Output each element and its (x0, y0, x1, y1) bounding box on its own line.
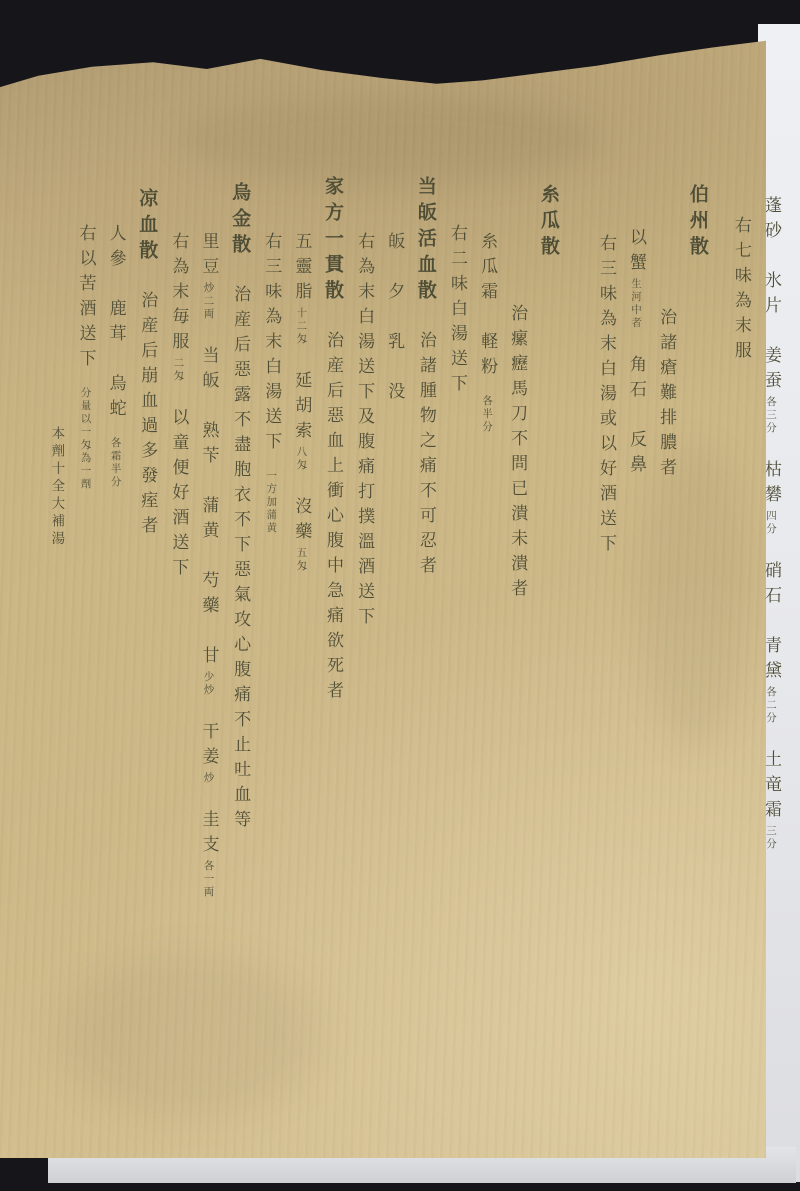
text-segment-small: 十二匁 (295, 307, 307, 346)
text-segment-main: 治産后惡露不盡胞衣不下惡氣攻心腹痛不止吐血等 (230, 260, 250, 835)
text-segment-head: 凉血散 (136, 188, 158, 266)
text-segment-head: 家方一貫散 (322, 176, 344, 306)
text-segment-small: 各三分 (765, 396, 777, 435)
text-segment-head: 伯州散 (687, 184, 709, 262)
text-segment-main: 枯礬 (761, 435, 781, 510)
text-segment-main: 右以苦酒送下 (75, 224, 95, 374)
manuscript-text: 蓬砂 氷片 姜蚕各三分 枯礬四分 硝石 青黛各二分 土竜霜三分右七味為末服伯州散… (34, 26, 800, 1158)
text-segment-main: 治諸瘡難排膿者 (656, 308, 676, 483)
text-segment-head: 糸瓜散 (538, 184, 560, 262)
recipe-hakushu-san-col-3: 以蟹生河中者 角石 反鼻 (625, 176, 647, 1122)
recipe-hakushu-san-col-2: 治諸瘡難排膿者 (655, 176, 677, 1122)
recipe-okin-san-col-3: 右為末毎服二匁 以童便好酒送下 (167, 176, 189, 1122)
text-segment-main: 里豆 (198, 232, 218, 282)
recipe-okin-san: 烏金散 治産后惡露不盡胞衣不下惡氣攻心腹痛不止吐血等里豆炒二両 当皈 熟苄 蒲黄… (167, 176, 252, 1122)
text-segment-main: 土竜霜 (761, 725, 781, 825)
text-segment-main: 右七味為末服 (731, 216, 751, 366)
recipe-ryoketsu-san: 凉血散 治産后崩血過多發痓者人參 鹿茸 烏蛇 各霜半分右以苦酒送下 分量以一匁為… (46, 176, 160, 1122)
recipe-unnamed-powder: 蓬砂 氷片 姜蚕各三分 枯礬四分 硝石 青黛各二分 土竜霜三分右七味為末服 (730, 176, 782, 1122)
recipe-toki-kakketsu-san-col-1: 当皈活血散 治諸腫物之痛不可忍者 (413, 176, 438, 1122)
text-segment-main: 糸瓜霜 軽粉 (477, 232, 497, 382)
recipe-kaho-ikkan-san-col-1: 家方一貫散 治産后惡血上衝心腹中急痛欲死者 (320, 176, 345, 1122)
text-segment-small: 少炒 (202, 671, 214, 697)
recipe-kaho-ikkan-san: 家方一貫散 治産后惡血上衝心腹中急痛欲死者五靈脂十二匁 延胡索八匁 沒藥五匁右三… (260, 176, 345, 1122)
text-segment-main: 人參 鹿茸 烏蛇 (106, 224, 126, 424)
text-segment-main: 皈 夕 乳 没 (384, 232, 404, 407)
text-segment-main: 治諸腫物之痛不可忍者 (416, 306, 436, 581)
text-segment-main: 右三味為末白湯送下 (261, 232, 281, 457)
text-segment-small: 八匁 (295, 446, 307, 472)
text-segment-small: 各霜半分 (110, 424, 122, 489)
text-segment-main: 以童便好酒送下 (168, 383, 188, 583)
text-segment-main: 五靈脂 (291, 232, 311, 307)
text-segment-main: 治産后崩血過多發痓者 (137, 266, 157, 541)
text-segment-small: 二匁 (172, 357, 184, 383)
text-segment-head: 烏金散 (229, 182, 251, 260)
text-segment-main: 角石 反鼻 (626, 330, 646, 480)
text-segment-main: 沒藥 (291, 472, 311, 547)
text-segment-small: 四分 (765, 510, 777, 536)
recipe-okin-san-col-2: 里豆炒二両 当皈 熟苄 蒲黄 芍藥 甘少炒 干姜炒 圭支各一両 (197, 176, 219, 1122)
text-segment-main: 右三味為末白湯或以好酒送下 (596, 234, 616, 559)
text-segment-small: 各一両 (202, 860, 214, 899)
manuscript-photo: 蓬砂 氷片 姜蚕各三分 枯礬四分 硝石 青黛各二分 土竜霜三分右七味為末服伯州散… (0, 0, 800, 1191)
text-segment-main: 延胡索 (291, 346, 311, 446)
text-segment-small: 分量以一匁為一劑 (79, 374, 91, 491)
recipe-hakushu-san-col-1: 伯州散 (685, 176, 710, 1122)
recipe-hechima-san-col-2: 治瘰癧馬刀不問已潰未潰者 (506, 176, 528, 1122)
recipe-ryoketsu-san-col-2: 人參 鹿茸 烏蛇 各霜半分 (104, 176, 126, 1122)
text-segment-small: 各半分 (481, 382, 493, 434)
text-segment-main: 以蟹 (626, 228, 646, 278)
text-segment-small: 各二分 (765, 686, 777, 725)
text-segment-main: 当皈 熟苄 蒲黄 芍藥 甘 (198, 321, 218, 671)
recipe-unnamed-powder-col-2: 右七味為末服 (730, 176, 752, 1122)
text-segment-main: 治瘰癧馬刀不問已潰未潰者 (507, 304, 527, 604)
text-segment-main: 右為末毎服 (168, 232, 188, 357)
recipe-hakushu-san: 伯州散治諸瘡難排膿者以蟹生河中者 角石 反鼻右三味為末白湯或以好酒送下 (595, 176, 710, 1122)
text-segment-small: 炒二両 (202, 282, 214, 321)
text-segment-small: 三分 (765, 825, 777, 851)
recipe-toki-kakketsu-san-col-3: 右為末白湯送下及腹痛打撲溫酒送下 (353, 176, 375, 1122)
recipe-unnamed-powder-col-1: 蓬砂 氷片 姜蚕各三分 枯礬四分 硝石 青黛各二分 土竜霜三分 (760, 176, 782, 1122)
text-segment-main: 干姜 (198, 697, 218, 772)
recipe-hechima-san-col-1: 糸瓜散 (536, 176, 561, 1122)
recipe-hechima-san-col-3: 糸瓜霜 軽粉 各半分 (476, 176, 498, 1122)
text-segment-main: 蓬砂 氷片 姜蚕 (761, 196, 781, 396)
text-segment-main: 圭支 (198, 785, 218, 860)
recipe-kaho-ikkan-san-col-3: 右三味為末白湯送下 一方加蒲黄 (260, 176, 282, 1122)
recipe-toki-kakketsu-san-col-2: 皈 夕 乳 没 (383, 176, 405, 1122)
text-segment-small: 炒 (202, 772, 214, 785)
text-segment-main: 右二味白湯送下 (447, 224, 467, 399)
text-segment-small: 生河中者 (630, 278, 642, 330)
recipe-hechima-san: 糸瓜散治瘰癧馬刀不問已潰未潰者糸瓜霜 軽粉 各半分右二味白湯送下 (446, 176, 561, 1122)
text-segment-small: 一方加蒲黄 (265, 457, 277, 535)
recipe-hakushu-san-col-4: 右三味為末白湯或以好酒送下 (595, 176, 617, 1122)
recipe-ryoketsu-san-col-1: 凉血散 治産后崩血過多發痓者 (135, 176, 160, 1122)
recipe-ryoketsu-san-col-3: 右以苦酒送下 分量以一匁為一劑 (74, 176, 96, 1122)
text-segment-main: 硝石 青黛 (761, 536, 781, 686)
recipe-kaho-ikkan-san-col-2: 五靈脂十二匁 延胡索八匁 沒藥五匁 (290, 176, 312, 1122)
text-segment-small: 五匁 (295, 547, 307, 573)
text-segment-mid: 本劑十全大補湯 (48, 426, 64, 549)
recipe-ryoketsu-san-col-4: 本劑十全大補湯 (46, 176, 67, 1122)
recipe-okin-san-col-1: 烏金散 治産后惡露不盡胞衣不下惡氣攻心腹痛不止吐血等 (227, 176, 252, 1122)
text-segment-main: 右為末白湯送下及腹痛打撲溫酒送下 (354, 232, 374, 632)
text-segment-head: 当皈活血散 (415, 176, 437, 306)
text-segment-main: 治産后惡血上衝心腹中急痛欲死者 (323, 306, 343, 706)
recipe-toki-kakketsu-san: 当皈活血散 治諸腫物之痛不可忍者皈 夕 乳 没右為末白湯送下及腹痛打撲溫酒送下 (353, 176, 438, 1122)
recipe-hechima-san-col-4: 右二味白湯送下 (446, 176, 468, 1122)
